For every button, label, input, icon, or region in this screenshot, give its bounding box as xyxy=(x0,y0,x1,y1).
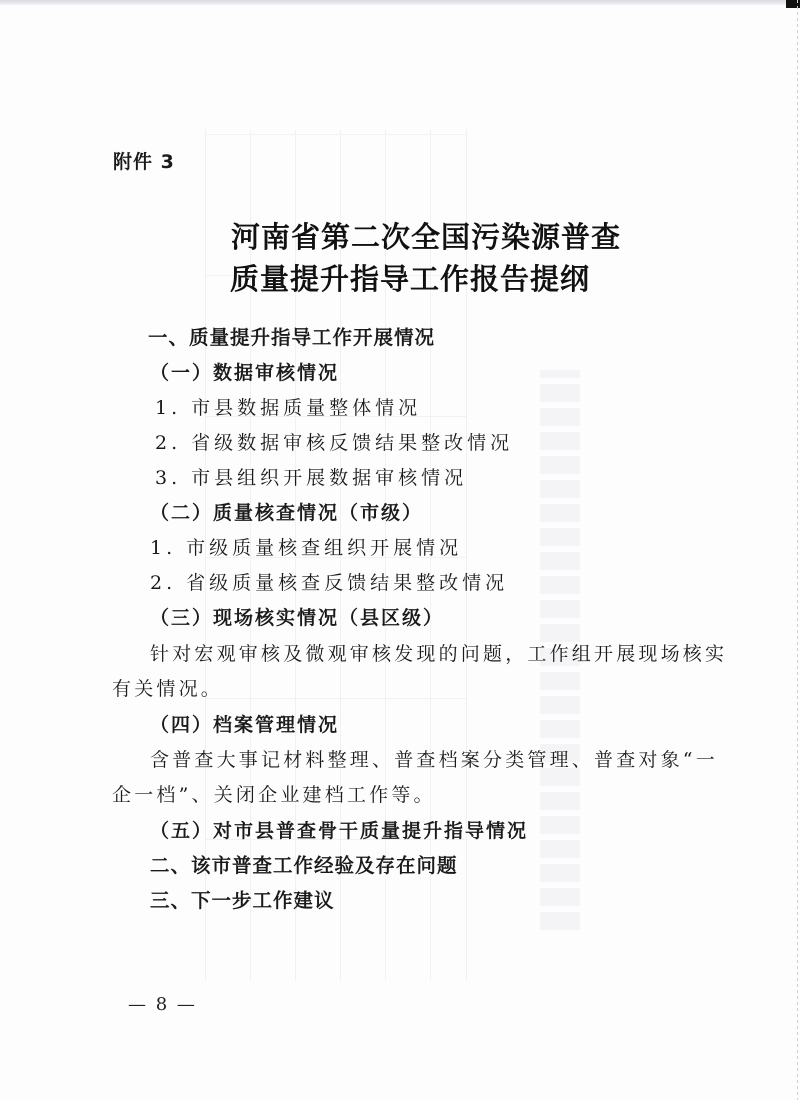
document-page: 附件 3 河南省第二次全国污染源普查 质量提升指导工作报告提纲 一、质量提升指导… xyxy=(0,0,800,1100)
section-heading-1: 一、质量提升指导工作开展情况 xyxy=(148,324,435,352)
subsection-heading-2: （二）质量核查情况（市级） xyxy=(150,499,423,527)
paragraph-4-line-1: 含普查大事记材料整理、普查档案分类管理、普查对象“一 xyxy=(150,746,718,774)
scan-top-edge xyxy=(0,0,800,5)
attachment-label: 附件 3 xyxy=(113,147,175,174)
section-heading-2: 二、该市普查工作经验及存在问题 xyxy=(150,852,458,880)
page-number: — 8 — xyxy=(128,994,197,1015)
outline-item-1-2-2: 2. 省级质量核查反馈结果整改情况 xyxy=(150,569,508,597)
paragraph-3-line-2: 有关情况。 xyxy=(112,675,223,703)
paragraph-4-line-2: 企一档”、关闭企业建档工作等。 xyxy=(112,781,436,809)
subsection-heading-5: （五）对市县普查骨干质量提升指导情况 xyxy=(150,817,528,845)
paragraph-3-line-1: 针对宏观审核及微观审核发现的问题，工作组开展现场核实 xyxy=(150,640,727,668)
subsection-heading-3: （三）现场核实情况（县区级） xyxy=(150,604,444,632)
scan-right-edge xyxy=(797,0,798,1100)
outline-item-1-1-2: 2. 省级数据审核反馈结果整改情况 xyxy=(155,429,513,457)
title-line-1: 河南省第二次全国污染源普查 xyxy=(0,216,800,258)
section-heading-3: 三、下一步工作建议 xyxy=(150,887,335,915)
outline-item-1-1-3: 3. 市县组织开展数据审核情况 xyxy=(155,464,467,492)
title-line-2: 质量提升指导工作报告提纲 xyxy=(0,258,800,300)
subsection-heading-4: （四）档案管理情况 xyxy=(150,711,339,739)
document-title: 河南省第二次全国污染源普查 质量提升指导工作报告提纲 xyxy=(0,216,800,300)
subsection-heading-1: （一）数据审核情况 xyxy=(150,359,339,387)
outline-item-1-1-1: 1. 市县数据质量整体情况 xyxy=(155,394,421,422)
outline-item-1-2-1: 1. 市级质量核查组织开展情况 xyxy=(150,534,462,562)
